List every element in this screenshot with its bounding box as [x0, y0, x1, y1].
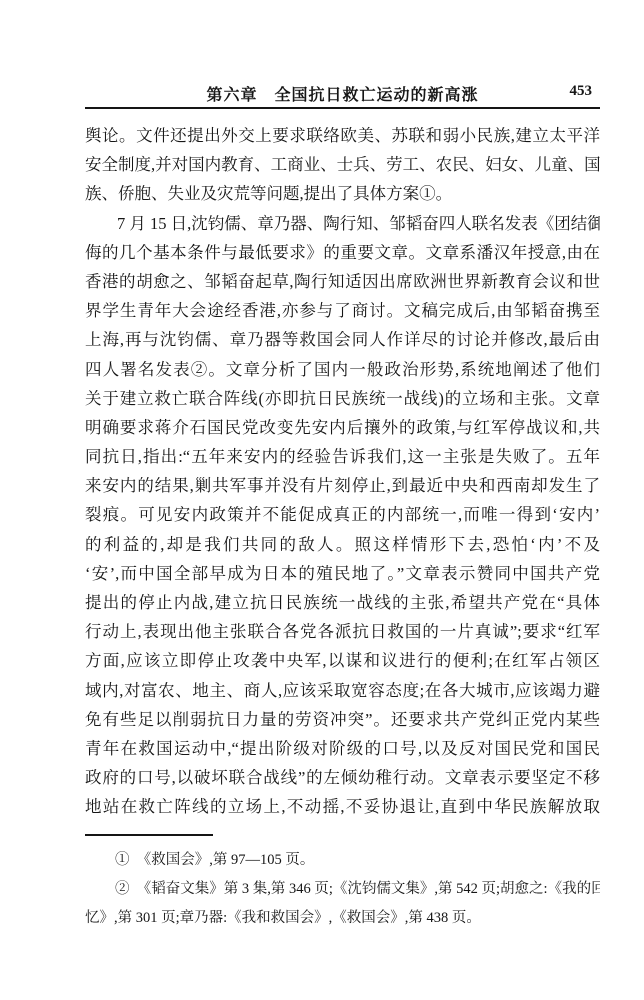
text-line: 裂痕。可见安内政策并不能促成真正的内部统一,而唯一得到‘安内’: [85, 500, 600, 529]
body-text: 舆论。文件还提出外交上要求联络欧美、苏联和弱小民族,建立太平洋 安全制度,并对国…: [85, 121, 600, 822]
footnote-line: 忆》,第 301 页;章乃器:《我和救国会》,《救国会》,第 438 页。: [85, 904, 600, 933]
text-line: 舆论。文件还提出外交上要求联络欧美、苏联和弱小民族,建立太平洋: [85, 121, 600, 150]
text-line: 地站在救亡阵线的立场上,不动摇,不妥协退让,直到中华民族解放取: [85, 792, 600, 821]
text-line: 族、侨胞、失业及灾荒等问题,提出了具体方案①。: [85, 179, 600, 208]
text-line: 同抗日,指出:“五年来安内的经验告诉我们,这一主张是失败了。五年: [85, 442, 600, 471]
text-line: 提出的停止内战,建立抗日民族统一战线的主张,希望共产党在“具体: [85, 588, 600, 617]
text-line: 侮的几个基本条件与最低要求》的重要文章。文章系潘汉年授意,由在: [85, 238, 600, 267]
text-line: 关于建立救亡联合阵线(亦即抗日民族统一战线)的立场和主张。文章: [85, 384, 600, 413]
text-line: 来安内的结果,剿共军事并没有片刻停止,到最近中央和西南却发生了: [85, 471, 600, 500]
text-line: 免有些足以削弱抗日力量的劳资冲突”。还要求共产党纠正党内某些: [85, 705, 600, 734]
text-line: 青年在救国运动中,“提出阶级对阶级的口号,以及反对国民党和国民: [85, 734, 600, 763]
text-line: 政府的口号,以破坏联合战线”的左倾幼稚行动。文章表示要坚定不移: [85, 763, 600, 792]
chapter-title: 第六章 全国抗日救亡运动的新高涨: [85, 82, 600, 105]
footnote-separator: [85, 834, 213, 836]
text-line: 行动上,表现出他主张联合各党各派抗日救国的一片真诚”;要求“红军: [85, 617, 600, 646]
text-line: 方面,应该立即停止攻袭中央军,以谋和议进行的便利;在红军占领区: [85, 646, 600, 675]
text-line: ‘安’,而中国全部早成为日本的殖民地了。”文章表示赞同中国共产党: [85, 559, 600, 588]
page-number: 453: [570, 83, 593, 100]
page-header: 第六章 全国抗日救亡运动的新高涨 453: [85, 82, 600, 104]
book-page: 第六章 全国抗日救亡运动的新高涨 453 舆论。文件还提出外交上要求联络欧美、苏…: [0, 0, 644, 1000]
text-line: 香港的胡愈之、邹韬奋起草,陶行知适因出席欧洲世界新教育会议和世: [85, 267, 600, 296]
text-line: 上海,再与沈钧儒、章乃器等救国会同人作详尽的讨论并修改,最后由: [85, 325, 600, 354]
text-line: 明确要求蒋介石国民党改变先安内后攘外的政策,与红军停战议和,共: [85, 413, 600, 442]
footnote-line: ② 《韬奋文集》第 3 集,第 346 页;《沈钧儒文集》,第 542 页;胡愈…: [85, 875, 600, 904]
text-line: 域内,对富农、地主、商人,应该采取宽容态度;在各大城市,应该竭力避: [85, 676, 600, 705]
text-line: 安全制度,并对国内教育、工商业、士兵、劳工、农民、妇女、儿童、国内民: [85, 150, 600, 179]
text-line: 四人署名发表②。文章分析了国内一般政治形势,系统地阐述了他们: [85, 355, 600, 384]
text-line: 7 月 15 日,沈钧儒、章乃器、陶行知、邹韬奋四人联名发表《团结御: [85, 209, 600, 238]
text-line: 界学生青年大会途经香港,亦参与了商讨。文稿完成后,由邹韬奋携至: [85, 296, 600, 325]
text-line: 的利益的,却是我们共同的敌人。照这样情形下去,恐怕‘内’不及: [85, 530, 600, 559]
header-rule: [85, 107, 600, 109]
footnote-line: ① 《救国会》,第 97—105 页。: [85, 846, 600, 875]
footnotes: ① 《救国会》,第 97—105 页。 ② 《韬奋文集》第 3 集,第 346 …: [85, 846, 600, 933]
